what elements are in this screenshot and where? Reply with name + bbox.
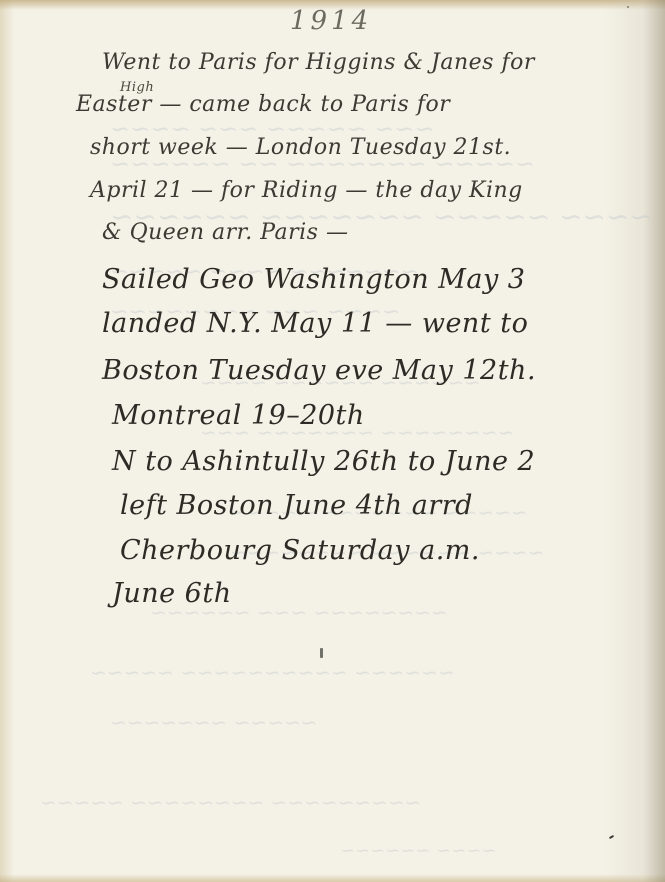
journal-line: June 6th — [112, 578, 232, 609]
journal-line: Montreal 19–20th — [112, 400, 365, 431]
bleed-through-text: ~~~~~~ ~~~~~~~~~~ ~~~~~ — [90, 660, 455, 684]
journal-line: Cherbourg Saturday a.m. — [120, 535, 480, 566]
journal-line: Boston Tuesday eve May 12th. — [102, 355, 536, 386]
bleed-through-text: ~~~~ ~~~~~~ — [340, 840, 497, 861]
journal-page: ~~~ ~~~~~ ~~~ ~~~~ ~~~~~ ~~~~~~~ ~~ ~~~~… — [0, 0, 665, 882]
journal-line: & Queen arr. Paris — — [102, 220, 348, 245]
journal-line: April 21 — for Riding — the day King — [90, 178, 523, 203]
journal-line: N to Ashintully 26th to June 2 — [112, 446, 535, 477]
journal-line: left Boston June 4th arrd — [120, 490, 473, 521]
journal-line: landed N.Y. May 11 — went to — [102, 308, 528, 339]
ink-speck — [627, 6, 629, 8]
year-heading: 1914 — [290, 6, 372, 36]
journal-line: Easter — came back to Paris for — [76, 92, 450, 117]
ink-speck — [320, 648, 323, 658]
bleed-through-text: ~~~~~~~~~ ~~~~~~~~ ~~~~~ — [40, 790, 421, 814]
ink-speck — [609, 835, 614, 839]
journal-line: Sailed Geo Washington May 3 — [102, 264, 525, 295]
journal-line: Went to Paris for Higgins & Janes for — [102, 50, 535, 75]
journal-line: short week — London Tuesday 21st. — [90, 135, 511, 160]
bleed-through-text: ~~~~~ ~~~~~~~ — [110, 710, 317, 734]
